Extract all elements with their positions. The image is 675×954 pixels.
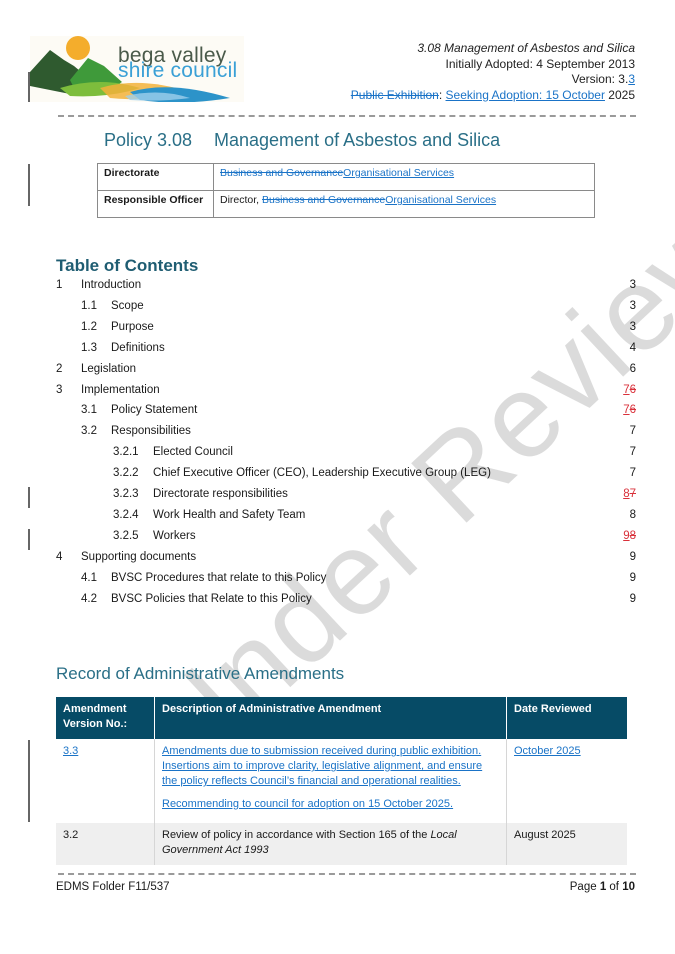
initially-adopted: Initially Adopted: 4 September 2013 (351, 57, 635, 73)
version-cell: 3.3 (63, 745, 78, 757)
info-key: Directorate (98, 164, 214, 191)
toc-entry-page: 7 (630, 446, 636, 458)
amendments-heading: Record of Administrative Amendments (56, 664, 344, 684)
version: Version: 3.3 (351, 72, 635, 88)
toc-entry-text: Definitions (111, 342, 165, 354)
toc-entry-number: 3.2.4 (113, 509, 139, 521)
toc-entry-page: 9 (630, 572, 636, 584)
date-cell: October 2025 (514, 745, 581, 757)
toc-entry-page: 7 (630, 425, 636, 437)
toc-entry-text: Policy Statement (111, 404, 197, 416)
toc-entry-number: 3 (56, 384, 62, 396)
toc-entry-page: 3 (630, 279, 636, 291)
toc-entry-text: Responsibilities (111, 425, 191, 437)
amendments-table: Amendment Version No.: Description of Ad… (56, 697, 627, 865)
toc-entry-page: 3 (630, 321, 636, 333)
toc-entry[interactable]: 4.2BVSC Policies that Relate to this Pol… (56, 593, 636, 614)
table-header-row: Amendment Version No.: Description of Ad… (56, 697, 627, 739)
info-value: Business and GovernanceOrganisational Se… (214, 164, 595, 191)
toc-entry-page: 6 (630, 363, 636, 375)
toc-entry[interactable]: 3.1Policy Statement76 (56, 404, 636, 425)
toc-entry-text: Supporting documents (81, 551, 196, 563)
toc-entry-text: Workers (153, 530, 196, 542)
toc-entry[interactable]: 1.3Definitions4 (56, 342, 636, 363)
toc-entry[interactable]: 3.2.3Directorate responsibilities87 (56, 488, 636, 509)
toc-entry-text: BVSC Policies that Relate to this Policy (111, 593, 312, 605)
toc-entry[interactable]: 3.2.2Chief Executive Officer (CEO), Lead… (56, 467, 636, 488)
toc-entry-number: 3.2.1 (113, 446, 139, 458)
toc-entry[interactable]: 3Implementation76 (56, 384, 636, 405)
toc-entry-page: 9 (630, 593, 636, 605)
description-note: Recommending to council for adoption on … (162, 798, 453, 810)
page-title: Policy 3.08Management of Asbestos and Si… (104, 130, 500, 151)
toc-entry[interactable]: 2Legislation6 (56, 363, 636, 384)
date-cell: August 2025 (507, 823, 628, 865)
toc-entry-text: Work Health and Safety Team (153, 509, 305, 521)
toc-entry[interactable]: 3.2.5Workers98 (56, 530, 636, 551)
toc-entry-number: 3.2.2 (113, 467, 139, 479)
footer-divider (58, 873, 636, 875)
doc-title: 3.08 Management of Asbestos and Silica (351, 41, 635, 57)
status-deleted: Public Exhibition (351, 88, 439, 102)
toc-entry-number: 4.2 (81, 593, 97, 605)
toc-entry[interactable]: 4.1BVSC Procedures that relate to this P… (56, 572, 636, 593)
column-header: Date Reviewed (507, 697, 628, 739)
change-bar (28, 72, 30, 102)
info-row: Responsible Officer Director, Business a… (98, 191, 595, 218)
toc-entry-text: Chief Executive Officer (CEO), Leadershi… (153, 467, 491, 479)
toc-entry[interactable]: 1.1Scope3 (56, 300, 636, 321)
toc-entry-text: Introduction (81, 279, 141, 291)
toc-entry-number: 2 (56, 363, 62, 375)
toc-entry-page: 98 (623, 530, 636, 542)
toc-entry-page: 9 (630, 551, 636, 563)
document-header-info: 3.08 Management of Asbestos and Silica I… (351, 41, 635, 103)
toc-entry-text: Directorate responsibilities (153, 488, 288, 500)
toc-entry[interactable]: 1.2Purpose3 (56, 321, 636, 342)
toc-entry[interactable]: 1Introduction3 (56, 279, 636, 300)
toc-entry-number: 4.1 (81, 572, 97, 584)
change-bar (28, 164, 30, 206)
toc-entry-number: 1.1 (81, 300, 97, 312)
toc-entry-text: BVSC Procedures that relate to this Poli… (111, 572, 326, 584)
column-header: Description of Administrative Amendment (155, 697, 507, 739)
toc-entry-number: 3.2.5 (113, 530, 139, 542)
toc-entry-number: 3.1 (81, 404, 97, 416)
table-row: 3.3 Amendments due to submission receive… (56, 739, 627, 823)
edms-folder: EDMS Folder F11/537 (56, 881, 170, 893)
toc-entry-page: 76 (623, 404, 636, 416)
toc-entry[interactable]: 3.2Responsibilities7 (56, 425, 636, 446)
column-header: Amendment Version No.: (56, 697, 155, 739)
toc-entry-number: 1.2 (81, 321, 97, 333)
version-cell: 3.2 (56, 823, 155, 865)
toc-entry-page: 87 (623, 488, 636, 500)
toc-heading: Table of Contents (56, 256, 198, 276)
toc-entry-text: Purpose (111, 321, 154, 333)
status-inserted: Seeking Adoption: 15 October (446, 88, 605, 102)
toc-entry-text: Legislation (81, 363, 136, 375)
toc-entry-number: 4 (56, 551, 62, 563)
change-bar (28, 529, 30, 550)
description-cell: Amendments due to submission received du… (162, 745, 482, 787)
description-cell: Review of policy in accordance with Sect… (155, 823, 507, 865)
policy-info-table: Directorate Business and GovernanceOrgan… (97, 163, 595, 218)
info-key: Responsible Officer (98, 191, 214, 218)
toc-entry-text: Implementation (81, 384, 160, 396)
toc-entry-number: 1 (56, 279, 62, 291)
logo-text-line2: shire council (118, 59, 237, 83)
toc-entry-number: 3.2.3 (113, 488, 139, 500)
toc-entry-page: 7 (630, 467, 636, 479)
toc-entry-number: 1.3 (81, 342, 97, 354)
toc-entry-text: Scope (111, 300, 144, 312)
toc-entry-page: 8 (630, 509, 636, 521)
header-divider (58, 115, 636, 117)
change-bar (28, 487, 30, 508)
policy-number: Policy 3.08 (104, 130, 214, 151)
toc-entry-text: Elected Council (153, 446, 233, 458)
policy-title: Management of Asbestos and Silica (214, 130, 500, 150)
info-row: Directorate Business and GovernanceOrgan… (98, 164, 595, 191)
status: Public Exhibition: Seeking Adoption: 15 … (351, 88, 635, 104)
toc-entry-number: 3.2 (81, 425, 97, 437)
change-bar (28, 740, 30, 822)
toc-entry[interactable]: 4Supporting documents9 (56, 551, 636, 572)
toc-entry-page: 76 (623, 384, 636, 396)
toc-entry-page: 4 (630, 342, 636, 354)
page-number: Page 1 of 10 (570, 881, 635, 893)
version-insert: 3 (628, 72, 635, 86)
toc-entry-page: 3 (630, 300, 636, 312)
info-value: Director, Business and GovernanceOrganis… (214, 191, 595, 218)
toc-entry[interactable]: 3.2.1Elected Council7 (56, 446, 636, 467)
table-row: 3.2 Review of policy in accordance with … (56, 823, 627, 865)
toc-entry[interactable]: 3.2.4Work Health and Safety Team8 (56, 509, 636, 530)
